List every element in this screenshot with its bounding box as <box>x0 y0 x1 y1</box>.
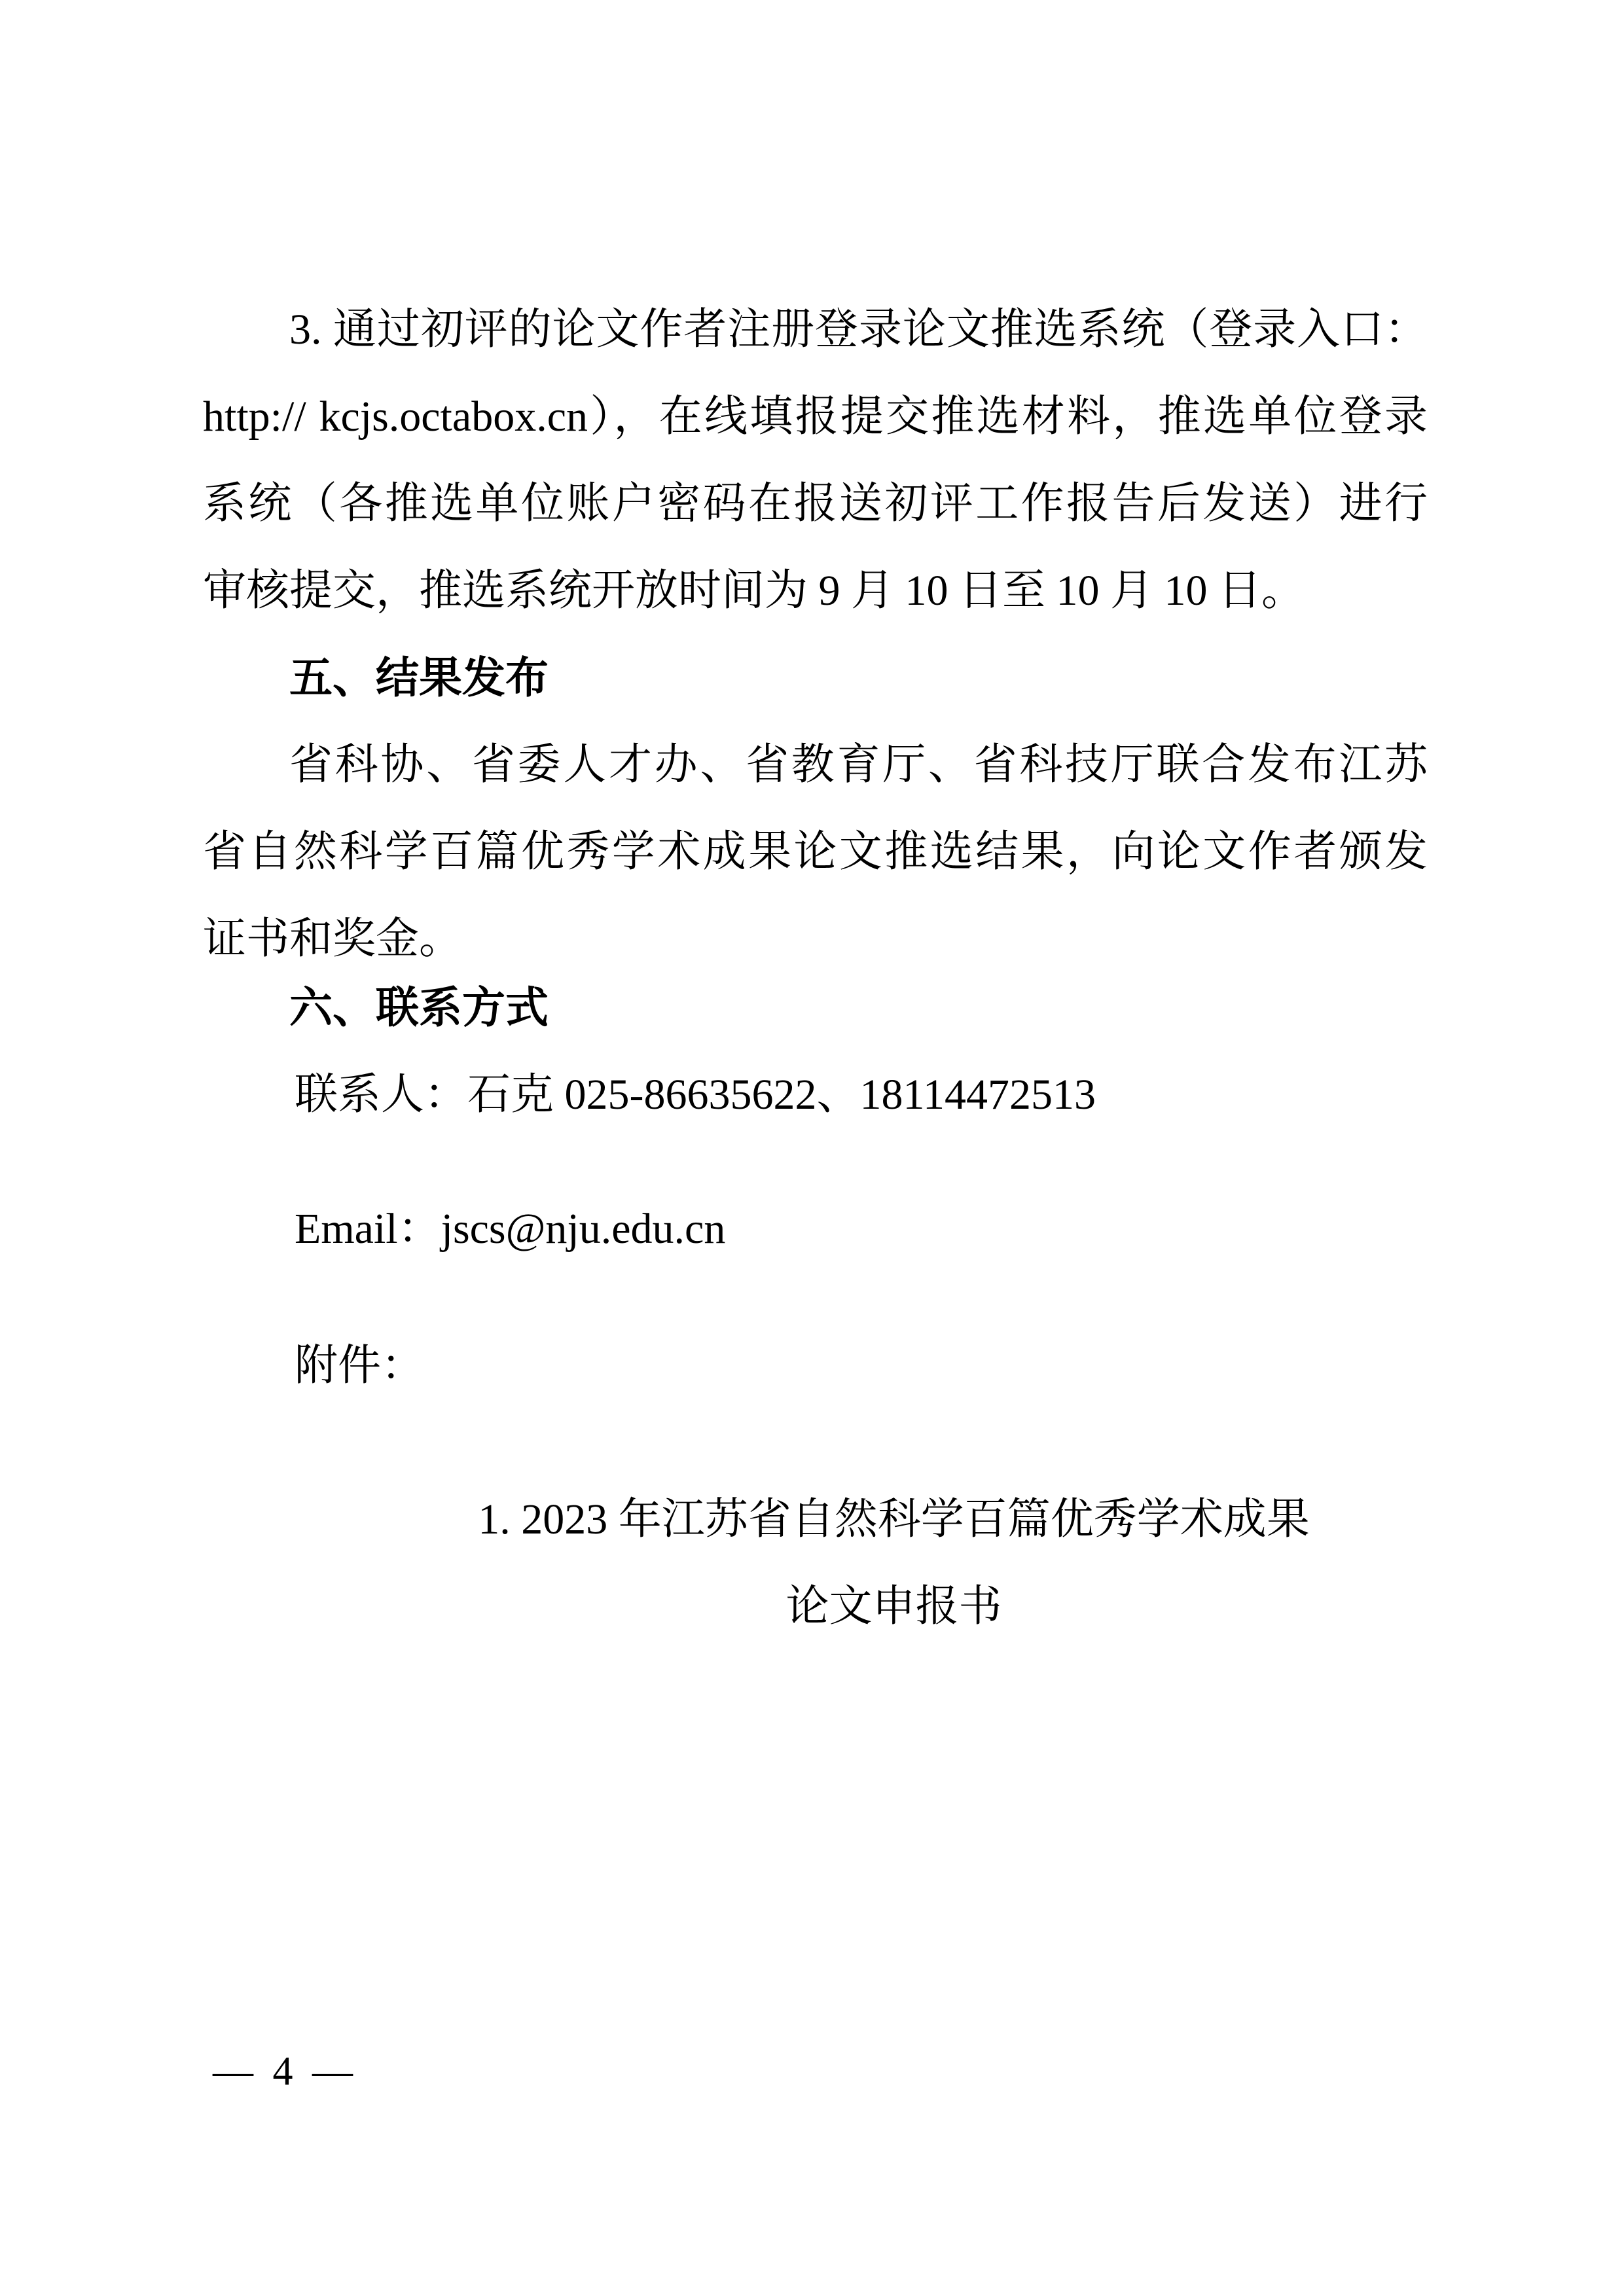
attachment-item-title-line1: 1. 2023 年江苏省自然科学百篇优秀学术成果 <box>360 1476 1428 1563</box>
contact-person-line: 联系人：石克 025-86635622、18114472513 <box>203 1051 1428 1138</box>
paragraph-line: 省科协、省委人才办、省教育厅、省科技厅联合发布江苏 <box>203 721 1428 808</box>
paragraph-line: 省自然科学百篇优秀学术成果论文推选结果，向论文作者颁发 <box>203 808 1428 895</box>
attachment-item: 1. 2023 年江苏省自然科学百篇优秀学术成果 论文申报书 <box>360 1476 1428 1650</box>
paragraph-line: 审核提交，推选系统开放时间为 9 月 10 日至 10 月 10 日。 <box>203 547 1428 634</box>
paragraph-submission-process: 3. 通过初评的论文作者注册登录论文推选系统（登录入口： http:// kcj… <box>203 286 1428 634</box>
paragraph-line: 3. 通过初评的论文作者注册登录论文推选系统（登录入口： <box>203 286 1428 373</box>
page-number: — 4 — <box>213 2050 353 2093</box>
document-body: 3. 通过初评的论文作者注册登录论文推选系统（登录入口： http:// kcj… <box>0 0 1624 1650</box>
email-line: Email：jscs@nju.edu.cn <box>203 1185 1428 1272</box>
section-heading-results: 五、结果发布 <box>203 634 1428 721</box>
paragraph-line-url: http:// kcjs.octabox.cn），在线填报提交推选材料，推选单位… <box>203 373 1428 460</box>
paragraph-line: 系统（各推选单位账户密码在报送初评工作报告后发送）进行 <box>203 460 1428 547</box>
section-heading-contact: 六、联系方式 <box>203 964 1428 1051</box>
attachments-label: 附件： <box>203 1322 1428 1409</box>
paragraph-results-publication: 省科协、省委人才办、省教育厅、省科技厅联合发布江苏 省自然科学百篇优秀学术成果论… <box>203 721 1428 982</box>
attachment-item-title-line2: 论文申报书 <box>360 1563 1428 1650</box>
document-page: 3. 通过初评的论文作者注册登录论文推选系统（登录入口： http:// kcj… <box>0 0 1624 2296</box>
